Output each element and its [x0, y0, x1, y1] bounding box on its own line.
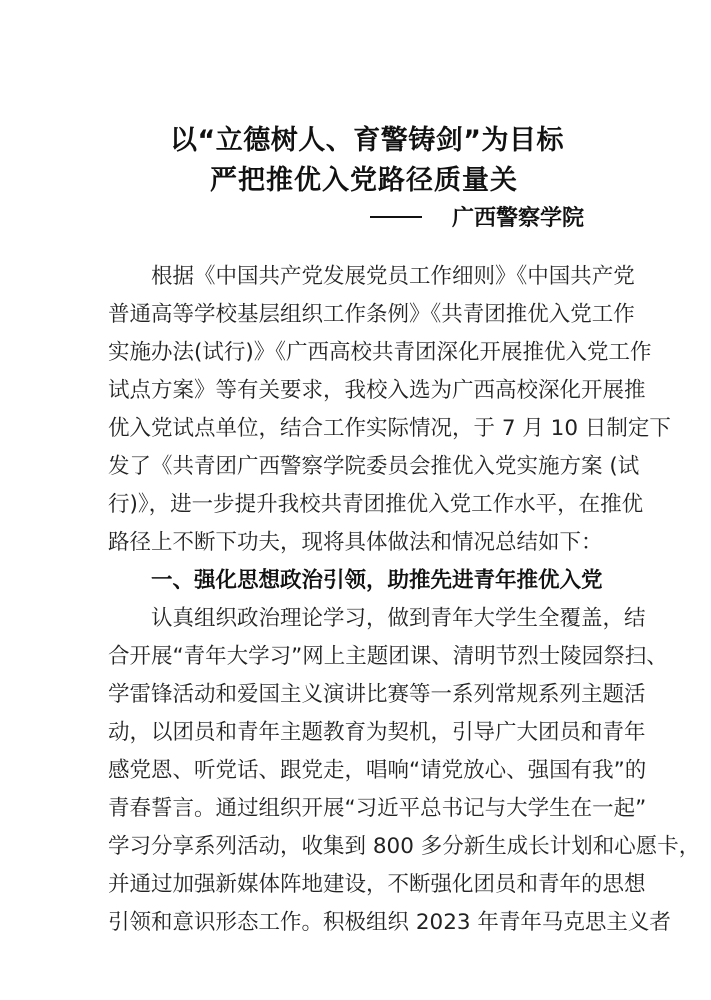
paragraph1-line: 根据《中国共产党发展党员工作细则》《中国共产党: [108, 258, 604, 296]
section-heading: 一、强化思想政治引领，助推先进青年推优入党: [108, 562, 604, 600]
paragraph2-line: 青春誓言。通过组织开展“习近平总书记与大学生在一起”: [108, 790, 604, 828]
paragraph1-line: 优入党试点单位，结合工作实际情况，于 7 月 10 日制定下: [108, 410, 604, 448]
paragraph2-line: 动，以团员和青年主题教育为契机，引导广大团员和青年: [108, 714, 604, 752]
paragraph1-line: 行)》，进一步提升我校共青团推优入党工作水平，在推优: [108, 486, 604, 524]
byline: 广西警察学院: [370, 201, 584, 232]
paragraph2-line: 感党恩、听党话、跟党走，唱响“请党放心、强国有我”的: [108, 752, 604, 790]
document-page: 以“立德树人、育警铸剑”为目标 严把推优入党路径质量关 广西警察学院 根据《中国…: [0, 0, 711, 1000]
paragraph2-line: 并通过加强新媒体阵地建设，不断强化团员和青年的思想: [108, 866, 604, 904]
paragraph2-line: 认真组织政治理论学习，做到青年大学生全覆盖，结: [108, 600, 604, 638]
document-title-line2: 严把推优入党路径质量关: [210, 158, 711, 197]
paragraph2-line: 引领和意识形态工作。积极组织 2023 年青年马克思主义者: [108, 904, 604, 942]
paragraph2-line: 学习分享系列活动，收集到 800 多分新生成长计划和心愿卡，: [108, 828, 604, 866]
paragraph1-line: 普通高等学校基层组织工作条例》《共青团推优入党工作: [108, 296, 604, 334]
paragraph1-line: 实施办法(试行)》《广西高校共青团深化开展推优入党工作: [108, 334, 604, 372]
document-body: 根据《中国共产党发展党员工作细则》《中国共产党 普通高等学校基层组织工作条例》《…: [108, 258, 604, 942]
paragraph1-line: 路径上不断下功夫，现将具体做法和情况总结如下：: [108, 524, 604, 562]
paragraph2-line: 学雷锋活动和爱国主义演讲比赛等一系列常规系列主题活: [108, 676, 604, 714]
paragraph2-line: 合开展“青年大学习”网上主题团课、清明节烈士陵园祭扫、: [108, 638, 604, 676]
paragraph1-line: 试点方案》等有关要求，我校入选为广西高校深化开展推: [108, 372, 604, 410]
em-dash-rule: [370, 216, 422, 218]
byline-author: 广西警察学院: [452, 201, 584, 232]
document-title-line1: 以“立德树人、育警铸剑”为目标: [170, 118, 711, 157]
paragraph1-line: 发了《共青团广西警察学院委员会推优入党实施方案 (试: [108, 448, 604, 486]
